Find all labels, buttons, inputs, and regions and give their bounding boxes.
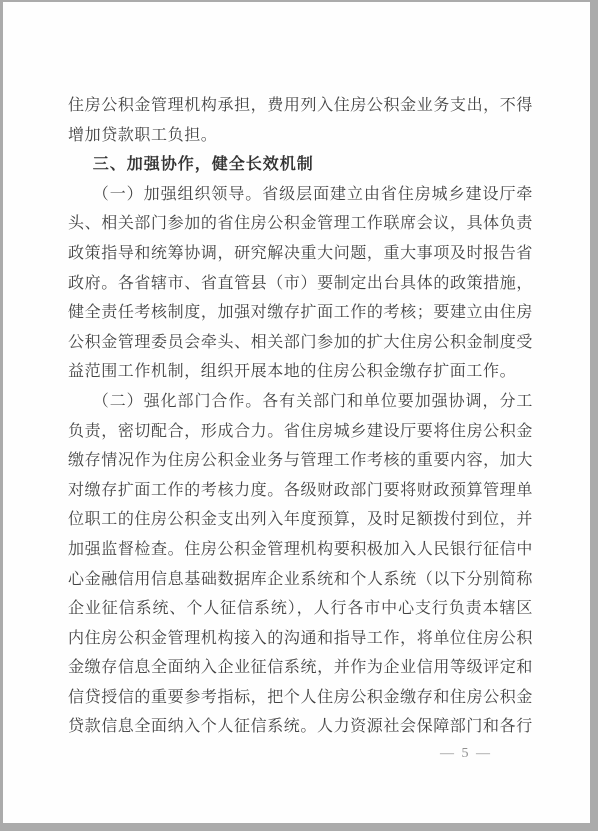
paragraph-continuation: 住房公积金管理机构承担，费用列入住房公积金业务支出，不得增加贷款职工负担。	[68, 91, 533, 150]
section-heading: 三、加强协作，健全长效机制	[68, 150, 533, 180]
paragraph-section-2: （二）强化部门合作。各有关部门和单位要加强协调，分工负责，密切配合，形成合力。省…	[68, 387, 533, 742]
scan-frame: 住房公积金管理机构承担，费用列入住房公积金业务支出，不得增加贷款职工负担。 三、…	[0, 0, 598, 831]
document-body: 住房公积金管理机构承担，费用列入住房公积金业务支出，不得增加贷款职工负担。 三、…	[68, 91, 533, 742]
paragraph-section-1: （一）加强组织领导。省级层面建立由省住房城乡建设厅牵头、相关部门参加的省住房公积…	[68, 180, 533, 387]
page-number: — 5 —	[396, 746, 536, 762]
scanned-page: 住房公积金管理机构承担，费用列入住房公积金业务支出，不得增加贷款职工负担。 三、…	[3, 2, 590, 823]
